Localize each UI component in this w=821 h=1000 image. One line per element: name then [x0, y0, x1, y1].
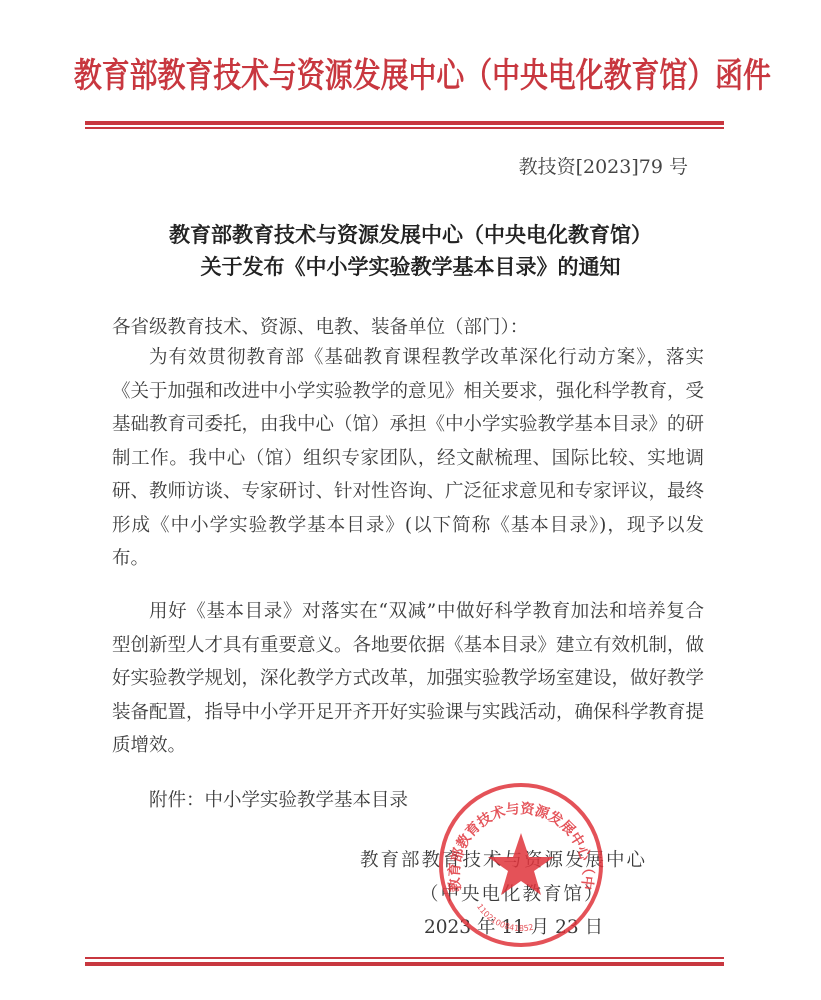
- salutation: 各省级教育技术、资源、电教、装备单位（部门）：: [112, 313, 528, 339]
- star-icon: [488, 833, 554, 895]
- body-paragraph-2: 用好《基本目录》对落实在“双减”中做好科学教育加法和培养复合型创新型人才具有重要…: [112, 595, 704, 763]
- document-number: 教技资[2023]79 号: [519, 152, 688, 179]
- footer-rule-thin: [85, 957, 724, 959]
- svg-text:1102100841852: 1102100841852: [475, 902, 535, 933]
- header-rule-thick: [85, 121, 724, 125]
- attachment-line: 附件：中小学实验教学基本目录: [149, 786, 408, 812]
- masthead: 教育部教育技术与资源发展中心（中央电化教育馆）函件: [74, 48, 747, 97]
- body-paragraph-1: 为有效贯彻教育部《基础教育课程教学改革深化行动方案》，落实《关于加强和改进中小学…: [112, 341, 704, 576]
- notice-title-line-1: 教育部教育技术与资源发展中心（中央电化教育馆）: [0, 219, 821, 249]
- notice-title-line-2: 关于发布《中小学实验教学基本目录》的通知: [0, 251, 821, 281]
- seal-code: 1102100841852: [475, 902, 535, 933]
- header-rule-thin: [85, 127, 724, 129]
- official-seal: 教育部教育技术与资源发展中心（中央电化教育馆） 1102100841852: [437, 781, 605, 949]
- footer-rule-thick: [85, 962, 724, 966]
